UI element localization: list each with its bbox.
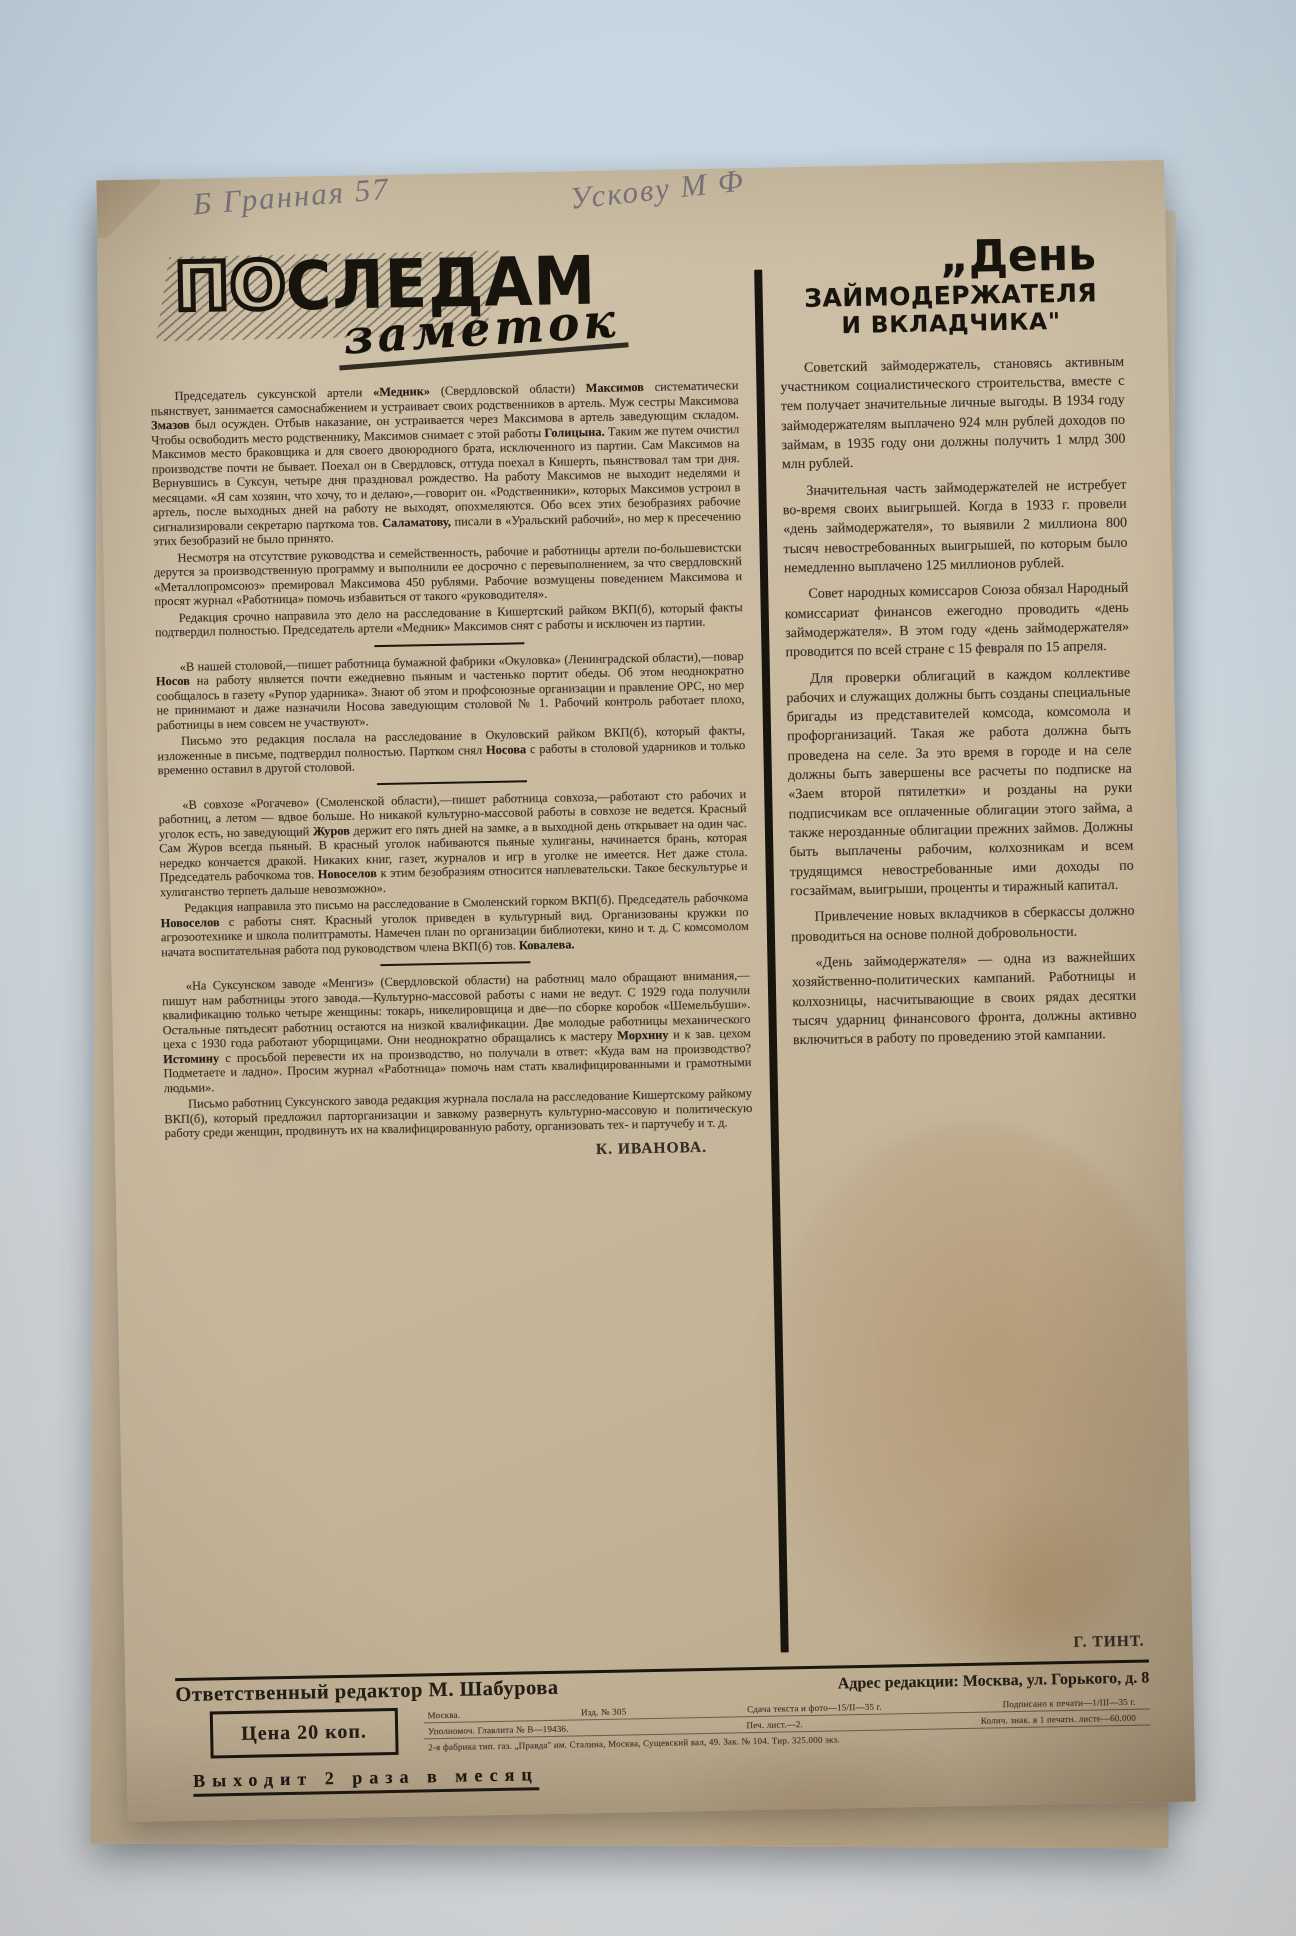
- imprint-cell: Сдача текста и фото—15/II—35 г.: [747, 1701, 882, 1714]
- price-box: Цена 20 коп.: [210, 1708, 399, 1759]
- imprint-cell: 2-я фабрика тип. газ. „Правда" им. Стали…: [428, 1734, 840, 1752]
- page-fold-corner: [96, 179, 161, 238]
- imprint-block: Москва.Изд. № 305Сдача текста и фото—15/…: [423, 1693, 1150, 1754]
- imprint-cell: Колич. знак. в 1 печатн. листе—60.000: [981, 1712, 1136, 1725]
- paragraph: Несмотря на отсутствие руководства и сем…: [153, 540, 742, 609]
- imprint-cell: Москва.: [428, 1709, 461, 1720]
- editorial-address: Адрес редакции: Москва, ул. Горького, д.…: [838, 1669, 1150, 1694]
- imprint-cell: Подписано к печати—1/III—35 г.: [1003, 1696, 1136, 1709]
- page-columns: ПОСЛЕДАМ заметок Председатель суксунской…: [148, 229, 1149, 1670]
- paragraph: Значительная часть займодержателей не ис…: [782, 475, 1128, 578]
- imprint-cell: Печ. лист.—2.: [746, 1719, 803, 1730]
- section-separator: [377, 780, 527, 785]
- right-article-title: „День ЗАЙМОДЕРЖАТЕЛЯ И ВКЛАДЧИКА": [778, 233, 1124, 342]
- paragraph: «В совхозе «Рогачево» (Смоленской област…: [158, 787, 748, 900]
- right-title-line1: „День: [778, 233, 1123, 284]
- left-column-text: Председатель суксунской артели «Медник» …: [150, 376, 752, 1143]
- section-separator: [380, 961, 530, 966]
- imprint-cell: Изд. № 305: [581, 1706, 626, 1717]
- section-separator: [374, 642, 524, 647]
- paragraph: Для проверки облигаций в каждом коллекти…: [786, 663, 1134, 901]
- paragraph: Совет народных комиссаров Союза обязал Н…: [784, 579, 1129, 663]
- left-signature: К. ИВАНОВА.: [165, 1138, 707, 1167]
- handwritten-note: Б Гранная 57 Ускову М Ф: [192, 163, 1093, 216]
- paragraph: Редакция направила это письмо на расслед…: [160, 890, 749, 959]
- right-column-text: Советский займодержатель, становясь акти…: [780, 346, 1137, 1058]
- frequency-line: Выходит 2 раза в месяц: [193, 1764, 539, 1797]
- masthead-word-po: ПО: [174, 247, 287, 326]
- paragraph: Привлечение новых вкладчиков в сберкассы…: [790, 902, 1135, 947]
- paragraph: «На Суксунском заводе «Менгиз» (Свердлов…: [162, 968, 752, 1095]
- imprint-cell: Уполномоч. Главлита № В—19436.: [428, 1723, 569, 1736]
- paragraph: Председатель суксунской артели «Медник» …: [150, 378, 741, 549]
- right-column: „День ЗАЙМОДЕРЖАТЕЛЯ И ВКЛАДЧИКА" Советс…: [778, 229, 1149, 1658]
- editor-line: Ответственный редактор М. Шабурова: [175, 1677, 559, 1707]
- handwritten-name: Ускову М Ф: [568, 162, 746, 216]
- handwritten-address: Б Гранная 57: [192, 171, 391, 223]
- paragraph: «День займодержателя» — одна из важнейши…: [791, 948, 1137, 1051]
- paragraph: Советский займодержатель, становясь акти…: [780, 353, 1126, 475]
- right-signature: Г. ТИНТ.: [804, 1620, 1145, 1658]
- left-column: ПОСЛЕДАМ заметок Председатель суксунской…: [148, 236, 763, 1670]
- paragraph: Письмо работниц Суксунского завода редак…: [164, 1086, 753, 1141]
- paragraph: Письмо это редакция послала на расследов…: [157, 723, 746, 778]
- page-footer: Ответственный редактор М. Шабурова Адрес…: [175, 1659, 1151, 1797]
- magazine-page: Б Гранная 57 Ускову М Ф ПОСЛЕДАМ заметок…: [96, 160, 1195, 1822]
- paragraph: «В нашей столовой,—пишет работница бумаж…: [156, 649, 745, 733]
- masthead: ПОСЛЕДАМ заметок: [174, 238, 738, 377]
